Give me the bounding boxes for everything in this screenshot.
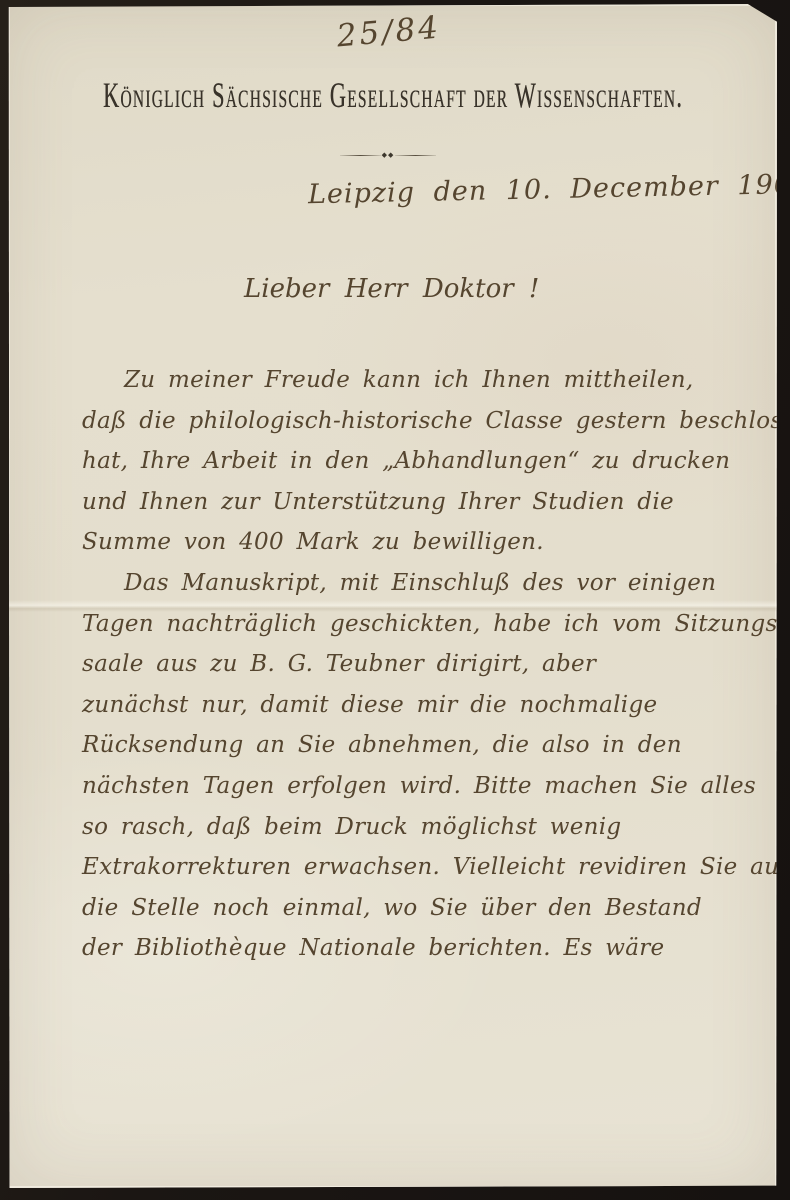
letterhead-title: Königlich Sächsische Gesellschaft der Wi… — [102, 74, 682, 116]
date-line: Leipzig den 10. December 1905 — [308, 169, 790, 211]
divider-line-left — [340, 155, 381, 156]
salutation: Lieber Herr Doktor ! — [244, 274, 539, 304]
handwritten-line: hat, Ihre Arbeit in den „Abhandlungen“ z… — [82, 441, 730, 482]
handwritten-line: nächsten Tagen erfolgen wird. Bitte mach… — [82, 766, 730, 807]
letter-page: 25/84 Königlich Sächsische Gesellschaft … — [8, 4, 777, 1188]
divider-line-right — [395, 155, 436, 156]
handwritten-line: so rasch, daß beim Druck möglichst wenig — [82, 807, 730, 848]
diamond-icon: ◆◆ — [381, 150, 396, 160]
archive-number-note: 25/84 — [335, 10, 442, 55]
handwritten-line: Zu meiner Freude kann ich Ihnen mittheil… — [82, 360, 730, 401]
handwritten-line: die Stelle noch einmal, wo Sie über den … — [82, 888, 730, 929]
handwritten-line: Extrakorrekturen erwachsen. Vielleicht r… — [82, 847, 730, 888]
letter-body: Zu meiner Freude kann ich Ihnen mittheil… — [82, 360, 730, 969]
handwritten-line: Rücksendung an Sie abnehmen, die also in… — [82, 725, 730, 766]
ornament-divider: ◆◆ — [340, 150, 436, 160]
handwritten-line: Summe von 400 Mark zu bewilligen. — [82, 522, 730, 563]
handwritten-line: saale aus zu B. G. Teubner dirigirt, abe… — [82, 644, 730, 685]
handwritten-line: Tagen nachträglich geschickten, habe ich… — [82, 604, 730, 645]
handwritten-line: der Bibliothèque Nationale berichten. Es… — [82, 928, 730, 969]
handwritten-line: und Ihnen zur Unterstützung Ihrer Studie… — [82, 482, 730, 523]
handwritten-line: daß die philologisch-historische Classe … — [82, 401, 730, 442]
handwritten-line: zunächst nur, damit diese mir die nochma… — [82, 685, 730, 726]
handwritten-line: Das Manuskript, mit Einschluß des vor ei… — [82, 563, 730, 604]
